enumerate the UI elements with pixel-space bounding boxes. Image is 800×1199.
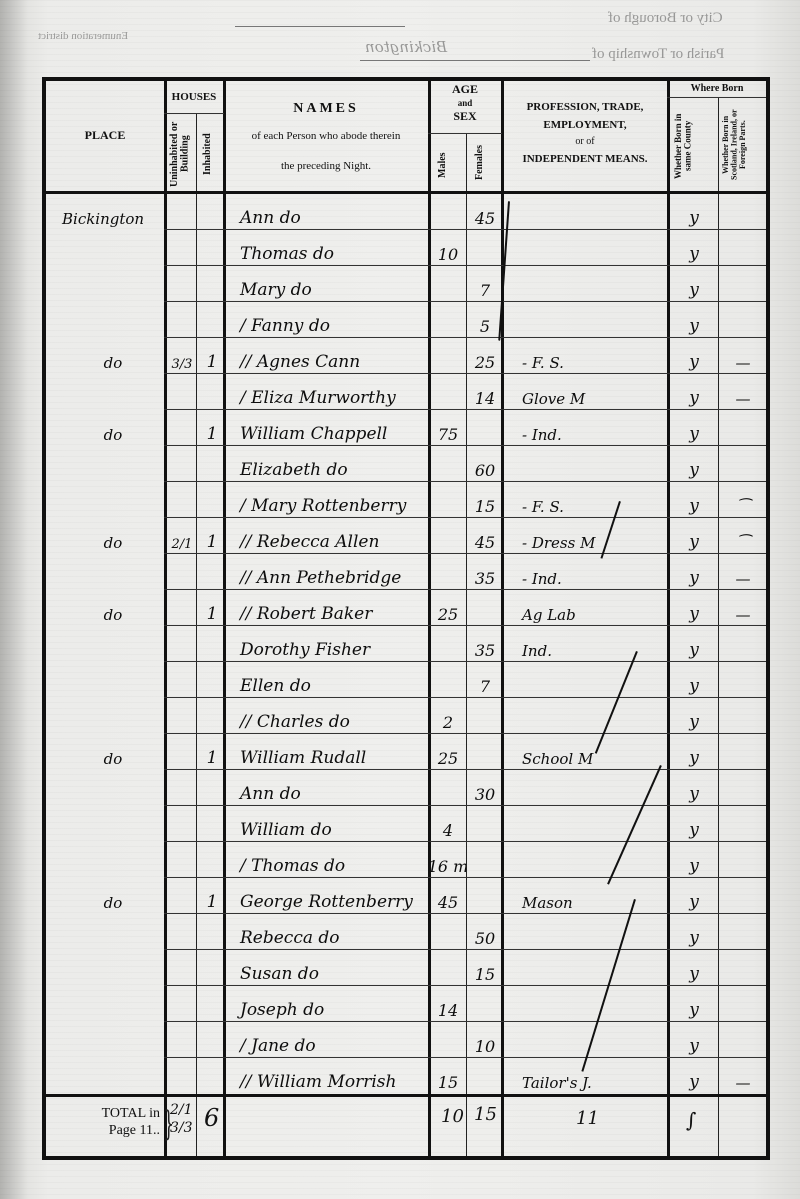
- profession-cell: [504, 806, 668, 842]
- profession-cell: [504, 914, 668, 950]
- name-cell: Ann do: [230, 770, 430, 806]
- same-county-cell: y: [670, 734, 718, 770]
- uninhabited-cell: [167, 878, 197, 914]
- foreign-born-cell: [720, 770, 766, 806]
- male-age-cell: 75: [430, 410, 466, 446]
- female-age-cell: 60: [468, 446, 502, 482]
- inhabited-cell: [199, 986, 225, 1022]
- profession-cell: Ag Lab: [504, 590, 668, 626]
- uninhabited-cell: [167, 626, 197, 662]
- foreign-born-cell: [720, 842, 766, 878]
- female-age-cell: 10: [468, 1022, 502, 1058]
- name-cell: // Rebecca Allen: [230, 518, 430, 554]
- table-row: Ellen do7y: [46, 662, 766, 698]
- header-profession-3: or of: [502, 135, 668, 149]
- uninhabited-cell: [167, 1022, 197, 1058]
- name-cell: Mary do: [230, 266, 430, 302]
- place-cell: do: [58, 410, 168, 446]
- inhabited-cell: 1: [199, 590, 225, 626]
- total-males: 10: [441, 1106, 464, 1127]
- place-cell: [58, 302, 168, 338]
- male-age-cell: [430, 914, 466, 950]
- uninhabited-cell: [167, 590, 197, 626]
- female-age-cell: [468, 590, 502, 626]
- uninhabited-cell: [167, 410, 197, 446]
- same-county-cell: y: [670, 662, 718, 698]
- profession-cell: - F. S.: [504, 482, 668, 518]
- same-county-cell: y: [670, 698, 718, 734]
- place-cell: do: [58, 878, 168, 914]
- same-county-cell: y: [670, 842, 718, 878]
- parish-township-label: Parish or Township of: [592, 46, 724, 63]
- header-names: NAMES: [224, 99, 428, 119]
- female-age-cell: [468, 734, 502, 770]
- foreign-born-cell: ⁀: [720, 482, 766, 518]
- totals-row: TOTAL in Page 11.. } 2/1 3/3 6 10 15 11 …: [46, 1096, 766, 1156]
- foreign-born-cell: [720, 878, 766, 914]
- male-age-cell: 4: [430, 806, 466, 842]
- page-top-header: Enumeration district City or Borough of …: [0, 0, 800, 80]
- male-age-cell: 15: [430, 1058, 466, 1094]
- female-age-cell: 5: [468, 302, 502, 338]
- profession-cell: - F. S.: [504, 338, 668, 374]
- foreign-born-cell: [720, 950, 766, 986]
- profession-cell: School M: [504, 734, 668, 770]
- place-cell: [58, 230, 168, 266]
- same-county-cell: y: [670, 950, 718, 986]
- uninhabited-cell: [167, 950, 197, 986]
- uninhabited-cell: [167, 1058, 197, 1094]
- inhabited-cell: [199, 230, 225, 266]
- inhabited-cell: [199, 950, 225, 986]
- same-county-cell: y: [670, 1022, 718, 1058]
- foreign-born-cell: [720, 446, 766, 482]
- place-cell: [58, 986, 168, 1022]
- profession-cell: [504, 950, 668, 986]
- header-females: Females: [475, 137, 493, 189]
- place-cell: [58, 698, 168, 734]
- place-cell: [58, 914, 168, 950]
- female-age-cell: 50: [468, 914, 502, 950]
- city-borough-label: City or Borough of: [608, 10, 723, 27]
- male-age-cell: [430, 518, 466, 554]
- uninhabited-cell: [167, 482, 197, 518]
- name-cell: Dorothy Fisher: [230, 626, 430, 662]
- place-cell: [58, 770, 168, 806]
- inhabited-cell: [199, 662, 225, 698]
- name-cell: William Rudall: [230, 734, 430, 770]
- female-age-cell: [468, 230, 502, 266]
- foreign-born-cell: [720, 914, 766, 950]
- header-profession-4: INDEPENDENT MEANS.: [502, 151, 668, 167]
- same-county-cell: y: [670, 914, 718, 950]
- where-born-subline: [667, 97, 766, 98]
- table-row: // William Morrish15Tailor's J.y—: [46, 1058, 766, 1094]
- table-row: do1William Chappell75- Ind.y: [46, 410, 766, 446]
- inhabited-cell: [199, 770, 225, 806]
- place-cell: do: [58, 518, 168, 554]
- header-inhabited: Inhabited: [203, 119, 219, 189]
- male-age-cell: [430, 338, 466, 374]
- foreign-born-cell: —: [720, 338, 766, 374]
- inhabited-cell: 1: [199, 410, 225, 446]
- place-cell: [58, 950, 168, 986]
- profession-cell: [504, 446, 668, 482]
- profession-cell: [504, 194, 668, 230]
- name-cell: Ellen do: [230, 662, 430, 698]
- foreign-born-cell: —: [720, 554, 766, 590]
- female-age-cell: 15: [468, 950, 502, 986]
- name-cell: // Charles do: [230, 698, 430, 734]
- same-county-cell: y: [670, 1058, 718, 1094]
- profession-cell: [504, 662, 668, 698]
- header-place: PLACE: [46, 81, 164, 191]
- name-cell: George Rottenberry: [230, 878, 430, 914]
- foreign-born-cell: [720, 302, 766, 338]
- place-cell: [58, 482, 168, 518]
- female-age-cell: [468, 698, 502, 734]
- name-cell: / Mary Rottenberry: [230, 482, 430, 518]
- name-cell: / Fanny do: [230, 302, 430, 338]
- header-names-sub2: the preceding Night.: [224, 157, 428, 175]
- profession-cell: [504, 302, 668, 338]
- uninhabited-cell: [167, 806, 197, 842]
- foreign-born-cell: [720, 986, 766, 1022]
- male-age-cell: 16 m: [430, 842, 466, 878]
- uninhabited-cell: [167, 698, 197, 734]
- female-age-cell: 35: [468, 626, 502, 662]
- inhabited-cell: [199, 842, 225, 878]
- uninhabited-cell: [167, 554, 197, 590]
- uninhabited-cell: 2/1: [167, 518, 197, 554]
- place-cell: do: [58, 338, 168, 374]
- header-same-county: Whether Born in same County: [674, 103, 712, 189]
- foreign-born-cell: [720, 1022, 766, 1058]
- place-cell: [58, 1022, 168, 1058]
- table-row: Joseph do14y: [46, 986, 766, 1022]
- header-rule: [360, 60, 590, 61]
- header-foreign-parts: Whether Born in Scotland, Ireland, or Fo…: [722, 101, 762, 189]
- female-age-cell: 45: [468, 518, 502, 554]
- faint-district-text: Enumeration district: [38, 30, 128, 42]
- name-cell: // Ann Pethebridge: [230, 554, 430, 590]
- houses-subline: [164, 113, 224, 114]
- inhabited-cell: [199, 1058, 225, 1094]
- place-cell: Bickington: [58, 194, 168, 230]
- same-county-cell: y: [670, 626, 718, 662]
- header-names-sub1: of each Person who abode therein: [224, 127, 428, 145]
- table-row: / Thomas do16 my: [46, 842, 766, 878]
- male-age-cell: [430, 482, 466, 518]
- uninhabited-cell: [167, 230, 197, 266]
- profession-cell: Tailor's J.: [504, 1058, 668, 1094]
- profession-cell: Glove M: [504, 374, 668, 410]
- inhabited-cell: [199, 374, 225, 410]
- male-age-cell: 14: [430, 986, 466, 1022]
- place-cell: [58, 626, 168, 662]
- profession-cell: Ind.: [504, 626, 668, 662]
- table-row: Dorothy Fisher35Ind.y: [46, 626, 766, 662]
- name-cell: Ann do: [230, 194, 430, 230]
- foreign-born-cell: [720, 698, 766, 734]
- inhabited-cell: [199, 266, 225, 302]
- same-county-cell: y: [670, 338, 718, 374]
- same-county-cell: y: [670, 770, 718, 806]
- place-cell: [58, 806, 168, 842]
- male-age-cell: [430, 662, 466, 698]
- uninhabited-cell: [167, 662, 197, 698]
- male-age-cell: [430, 950, 466, 986]
- inhabited-cell: 1: [199, 518, 225, 554]
- foreign-born-cell: —: [720, 1058, 766, 1094]
- profession-cell: [504, 266, 668, 302]
- female-age-cell: [468, 986, 502, 1022]
- header-profession-2: EMPLOYMENT,: [502, 117, 668, 133]
- male-age-cell: [430, 266, 466, 302]
- place-cell: [58, 266, 168, 302]
- male-age-cell: [430, 194, 466, 230]
- place-cell: [58, 662, 168, 698]
- profession-cell: [504, 842, 668, 878]
- place-cell: [58, 554, 168, 590]
- name-cell: // Agnes Cann: [230, 338, 430, 374]
- inhabited-cell: 1: [199, 338, 225, 374]
- uninhabited-cell: [167, 842, 197, 878]
- inhabited-cell: 1: [199, 878, 225, 914]
- male-age-cell: [430, 302, 466, 338]
- name-cell: // Robert Baker: [230, 590, 430, 626]
- table-row: do1// Robert Baker25Ag Laby—: [46, 590, 766, 626]
- table-row: Ann do30y: [46, 770, 766, 806]
- name-cell: Thomas do: [230, 230, 430, 266]
- male-age-cell: [430, 554, 466, 590]
- header-age: AGE: [428, 83, 502, 97]
- inhabited-cell: [199, 698, 225, 734]
- table-row: Elizabeth do60y: [46, 446, 766, 482]
- totals-label-line2: Page 11..: [54, 1123, 160, 1140]
- foreign-born-cell: [720, 230, 766, 266]
- female-age-cell: [468, 806, 502, 842]
- inhabited-cell: [199, 1022, 225, 1058]
- census-table: PLACE HOUSES Uninhabited or Building Inh…: [42, 77, 770, 1160]
- profession-cell: [504, 698, 668, 734]
- total-females: 15: [474, 1104, 497, 1125]
- inhabited-cell: 1: [199, 734, 225, 770]
- female-age-cell: 7: [468, 662, 502, 698]
- table-row: Thomas do10y: [46, 230, 766, 266]
- scan-edge-shadow: [0, 0, 28, 1199]
- same-county-cell: y: [670, 266, 718, 302]
- header-houses: HOUSES: [164, 81, 224, 113]
- male-age-cell: [430, 770, 466, 806]
- name-cell: William do: [230, 806, 430, 842]
- female-age-cell: 45: [468, 194, 502, 230]
- same-county-cell: y: [670, 302, 718, 338]
- header-profession-1: PROFESSION, TRADE,: [502, 99, 668, 115]
- female-age-cell: [468, 842, 502, 878]
- profession-cell: [504, 230, 668, 266]
- total-uninhabited-bottom: 3/3: [170, 1120, 193, 1136]
- same-county-cell: y: [670, 446, 718, 482]
- female-age-cell: 30: [468, 770, 502, 806]
- name-cell: Joseph do: [230, 986, 430, 1022]
- female-age-cell: [468, 878, 502, 914]
- header-rule: [235, 26, 405, 27]
- name-cell: / Jane do: [230, 1022, 430, 1058]
- header-uninhabited: Uninhabited or Building: [170, 119, 192, 189]
- totals-label: TOTAL in Page 11..: [54, 1106, 160, 1140]
- header-age-and: and: [428, 97, 502, 109]
- total-same-county: ∫: [686, 1108, 696, 1132]
- inhabited-cell: [199, 626, 225, 662]
- male-age-cell: 2: [430, 698, 466, 734]
- table-row: Rebecca do50y: [46, 914, 766, 950]
- total-uninhabited-top: 2/1: [170, 1102, 193, 1118]
- same-county-cell: y: [670, 374, 718, 410]
- place-cell: do: [58, 590, 168, 626]
- table-row: / Fanny do5y: [46, 302, 766, 338]
- same-county-cell: y: [670, 482, 718, 518]
- female-age-cell: 25: [468, 338, 502, 374]
- foreign-born-cell: [720, 410, 766, 446]
- female-age-cell: [468, 410, 502, 446]
- uninhabited-cell: 3/3: [167, 338, 197, 374]
- female-age-cell: 7: [468, 266, 502, 302]
- foreign-born-cell: ⁀: [720, 518, 766, 554]
- male-age-cell: [430, 1022, 466, 1058]
- table-row: do1George Rottenberry45Masony: [46, 878, 766, 914]
- profession-cell: - Dress M: [504, 518, 668, 554]
- profession-cell: [504, 986, 668, 1022]
- uninhabited-cell: [167, 734, 197, 770]
- table-row: Mary do7y: [46, 266, 766, 302]
- uninhabited-cell: [167, 446, 197, 482]
- male-age-cell: [430, 374, 466, 410]
- female-age-cell: 15: [468, 482, 502, 518]
- foreign-born-cell: [720, 194, 766, 230]
- header-sex: SEX: [428, 109, 502, 125]
- table-row: // Ann Pethebridge35- Ind.y—: [46, 554, 766, 590]
- table-row: // Charles do2y: [46, 698, 766, 734]
- uninhabited-cell: [167, 986, 197, 1022]
- uninhabited-cell: [167, 770, 197, 806]
- uninhabited-cell: [167, 914, 197, 950]
- table-row: / Mary Rottenberry15- F. S.y⁀: [46, 482, 766, 518]
- table-row: Susan do15y: [46, 950, 766, 986]
- inhabited-cell: [199, 194, 225, 230]
- profession-cell: - Ind.: [504, 410, 668, 446]
- table-row: BickingtonAnn do45y: [46, 194, 766, 230]
- inhabited-cell: [199, 446, 225, 482]
- table-row: / Jane do10y: [46, 1022, 766, 1058]
- foreign-born-cell: —: [720, 374, 766, 410]
- name-cell: / Thomas do: [230, 842, 430, 878]
- name-cell: Elizabeth do: [230, 446, 430, 482]
- table-row: / Eliza Murworthy14Glove My—: [46, 374, 766, 410]
- name-cell: // William Morrish: [230, 1058, 430, 1094]
- male-age-cell: 45: [430, 878, 466, 914]
- uninhabited-cell: [167, 302, 197, 338]
- header-males: Males: [438, 141, 456, 189]
- place-cell: [58, 446, 168, 482]
- total-inhabited: 6: [204, 1104, 219, 1132]
- same-county-cell: y: [670, 518, 718, 554]
- inhabited-cell: [199, 302, 225, 338]
- inhabited-cell: [199, 554, 225, 590]
- female-age-cell: 35: [468, 554, 502, 590]
- foreign-born-cell: [720, 626, 766, 662]
- same-county-cell: y: [670, 590, 718, 626]
- uninhabited-cell: [167, 266, 197, 302]
- age-subline: [428, 133, 502, 134]
- table-row: William do4y: [46, 806, 766, 842]
- totals-label-line1: TOTAL in: [54, 1106, 160, 1123]
- inhabited-cell: [199, 914, 225, 950]
- foreign-born-cell: —: [720, 590, 766, 626]
- place-cell: [58, 1058, 168, 1094]
- male-age-cell: [430, 446, 466, 482]
- same-county-cell: y: [670, 194, 718, 230]
- male-age-cell: 10: [430, 230, 466, 266]
- same-county-cell: y: [670, 410, 718, 446]
- same-county-cell: y: [670, 878, 718, 914]
- table-row: do2/11// Rebecca Allen45- Dress My⁀: [46, 518, 766, 554]
- total-profession: 11: [576, 1108, 599, 1129]
- place-cell: [58, 374, 168, 410]
- inhabited-cell: [199, 482, 225, 518]
- place-cell: [58, 842, 168, 878]
- name-cell: William Chappell: [230, 410, 430, 446]
- name-cell: Rebecca do: [230, 914, 430, 950]
- inhabited-cell: [199, 806, 225, 842]
- place-cell: do: [58, 734, 168, 770]
- male-age-cell: [430, 626, 466, 662]
- foreign-born-cell: [720, 734, 766, 770]
- table-row: do3/31// Agnes Cann25- F. S.y—: [46, 338, 766, 374]
- name-cell: / Eliza Murworthy: [230, 374, 430, 410]
- parish-handwriting: Bickington: [365, 38, 447, 56]
- male-age-cell: 25: [430, 590, 466, 626]
- foreign-born-cell: [720, 662, 766, 698]
- uninhabited-cell: [167, 374, 197, 410]
- profession-cell: Mason: [504, 878, 668, 914]
- same-county-cell: y: [670, 554, 718, 590]
- female-age-cell: 14: [468, 374, 502, 410]
- same-county-cell: y: [670, 230, 718, 266]
- foreign-born-cell: [720, 266, 766, 302]
- male-age-cell: 25: [430, 734, 466, 770]
- same-county-cell: y: [670, 806, 718, 842]
- foreign-born-cell: [720, 806, 766, 842]
- uninhabited-cell: [167, 194, 197, 230]
- table-row: do1William Rudall25School My: [46, 734, 766, 770]
- header-where-born: Where Born: [668, 81, 766, 97]
- female-age-cell: [468, 1058, 502, 1094]
- name-cell: Susan do: [230, 950, 430, 986]
- same-county-cell: y: [670, 986, 718, 1022]
- profession-cell: - Ind.: [504, 554, 668, 590]
